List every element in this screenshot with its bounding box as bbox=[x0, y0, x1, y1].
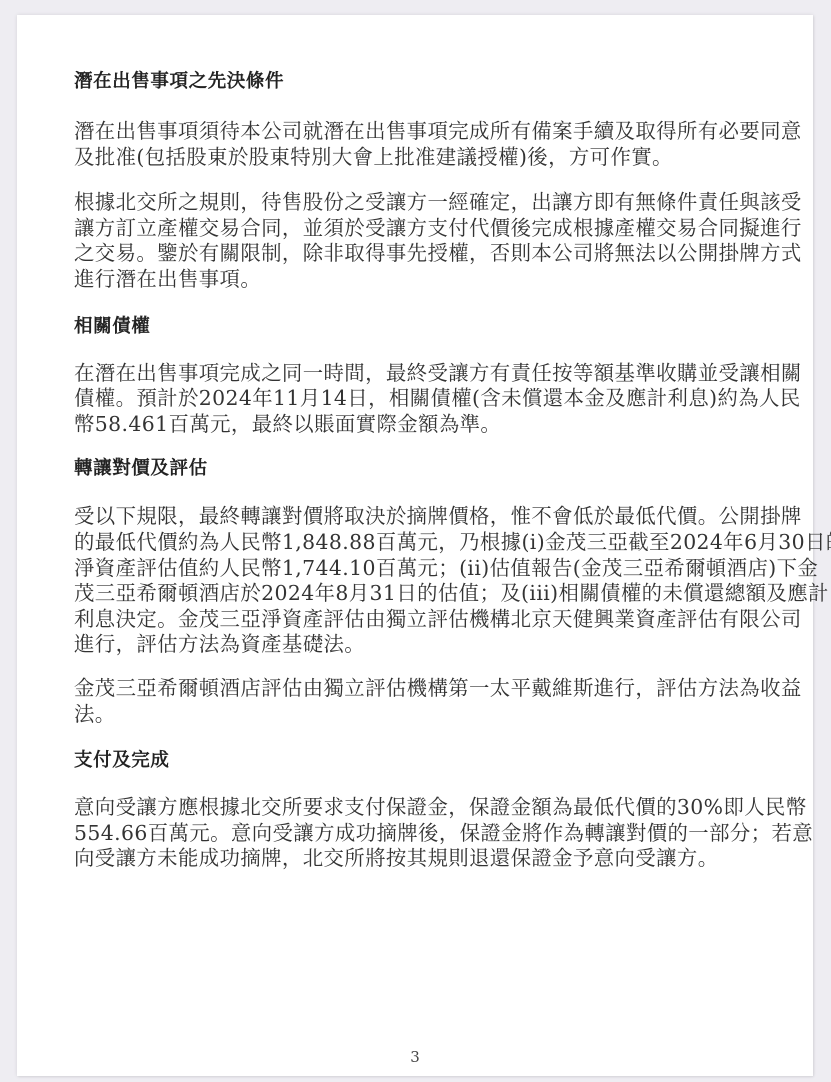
text-line: 幣58.461百萬元，最終以賬面實際金額為準。 bbox=[74, 412, 758, 438]
section-consideration-valuation: 轉讓對價及評估 受以下規限，最終轉讓對價將取決於摘牌價格，惟不會低於最低代價。公… bbox=[74, 456, 758, 727]
text-line: 潛在出售事項須待本公司就潛在出售事項完成所有備案手續及取得所有必要同意 bbox=[74, 119, 758, 145]
section-conditions-precedent: 潛在出售事項之先決條件 潛在出售事項須待本公司就潛在出售事項完成所有備案手續及取… bbox=[74, 69, 758, 293]
text-line: 向受讓方未能成功摘牌，北交所將按其規則退還保證金予意向受讓方。 bbox=[74, 846, 758, 872]
text-line: 利息決定。金茂三亞淨資產評估由獨立評估機構北京天健興業資產評估有限公司 bbox=[74, 607, 758, 633]
text-line: 金茂三亞希爾頓酒店評估由獨立評估機構第一太平戴維斯進行，評估方法為收益 bbox=[74, 676, 758, 702]
text-line: 淨資產評估值約人民幣1,744.10百萬元；(ii)估值報告(金茂三亞希爾頓酒店… bbox=[74, 556, 758, 582]
paragraph: 根據北交所之規則，待售股份之受讓方一經確定，出讓方即有無條件責任與該受 讓方訂立… bbox=[74, 190, 758, 292]
section-payment-completion: 支付及完成 意向受讓方應根據北交所要求支付保證金，保證金額為最低代價的30%即人… bbox=[74, 748, 758, 872]
text-line: 法。 bbox=[74, 702, 758, 728]
section-heading: 轉讓對價及評估 bbox=[74, 456, 758, 482]
text-line: 進行潛在出售事項。 bbox=[74, 267, 758, 293]
text-line: 受以下規限，最終轉讓對價將取決於摘牌價格，惟不會低於最低代價。公開掛牌 bbox=[74, 504, 758, 530]
paragraph: 意向受讓方應根據北交所要求支付保證金，保證金額為最低代價的30%即人民幣 554… bbox=[74, 795, 758, 872]
section-heading: 潛在出售事項之先決條件 bbox=[74, 69, 758, 95]
page-number: 3 bbox=[17, 1048, 813, 1066]
text-line: 意向受讓方應根據北交所要求支付保證金，保證金額為最低代價的30%即人民幣 bbox=[74, 795, 758, 821]
text-line: 的最低代價約為人民幣1,848.88百萬元，乃根據(i)金茂三亞截至2024年6… bbox=[74, 530, 758, 556]
text-line: 及批准(包括股東於股東特別大會上批准建議授權)後，方可作實。 bbox=[74, 145, 758, 171]
text-line: 進行，評估方法為資產基礎法。 bbox=[74, 632, 758, 658]
page-content: 潛在出售事項之先決條件 潛在出售事項須待本公司就潛在出售事項完成所有備案手續及取… bbox=[74, 69, 758, 872]
text-line: 債權。預計於2024年11月14日，相關債權(含未償還本金及應計利息)約為人民 bbox=[74, 386, 758, 412]
paragraph: 潛在出售事項須待本公司就潛在出售事項完成所有備案手續及取得所有必要同意 及批准(… bbox=[74, 119, 758, 170]
paragraph: 在潛在出售事項完成之同一時間，最終受讓方有責任按等額基準收購並受讓相關 債權。預… bbox=[74, 361, 758, 438]
text-line: 茂三亞希爾頓酒店於2024年8月31日的估值；及(iii)相關債權的未償還總額及… bbox=[74, 581, 758, 607]
text-line: 根據北交所之規則，待售股份之受讓方一經確定，出讓方即有無條件責任與該受 bbox=[74, 190, 758, 216]
text-line: 之交易。鑒於有關限制，除非取得事先授權，否則本公司將無法以公開掛牌方式 bbox=[74, 241, 758, 267]
paragraph: 受以下規限，最終轉讓對價將取決於摘牌價格，惟不會低於最低代價。公開掛牌 的最低代… bbox=[74, 504, 758, 658]
section-heading: 支付及完成 bbox=[74, 748, 758, 774]
text-line: 在潛在出售事項完成之同一時間，最終受讓方有責任按等額基準收購並受讓相關 bbox=[74, 361, 758, 387]
paragraph: 金茂三亞希爾頓酒店評估由獨立評估機構第一太平戴維斯進行，評估方法為收益 法。 bbox=[74, 676, 758, 727]
text-line: 讓方訂立產權交易合同，並須於受讓方支付代價後完成根據產權交易合同擬進行 bbox=[74, 216, 758, 242]
section-heading: 相關債權 bbox=[74, 314, 758, 340]
document-page: 潛在出售事項之先決條件 潛在出售事項須待本公司就潛在出售事項完成所有備案手續及取… bbox=[17, 15, 813, 1076]
section-related-debts: 相關債權 在潛在出售事項完成之同一時間，最終受讓方有責任按等額基準收購並受讓相關… bbox=[74, 314, 758, 438]
text-line: 554.66百萬元。意向受讓方成功摘牌後，保證金將作為轉讓對價的一部分；若意 bbox=[74, 821, 758, 847]
